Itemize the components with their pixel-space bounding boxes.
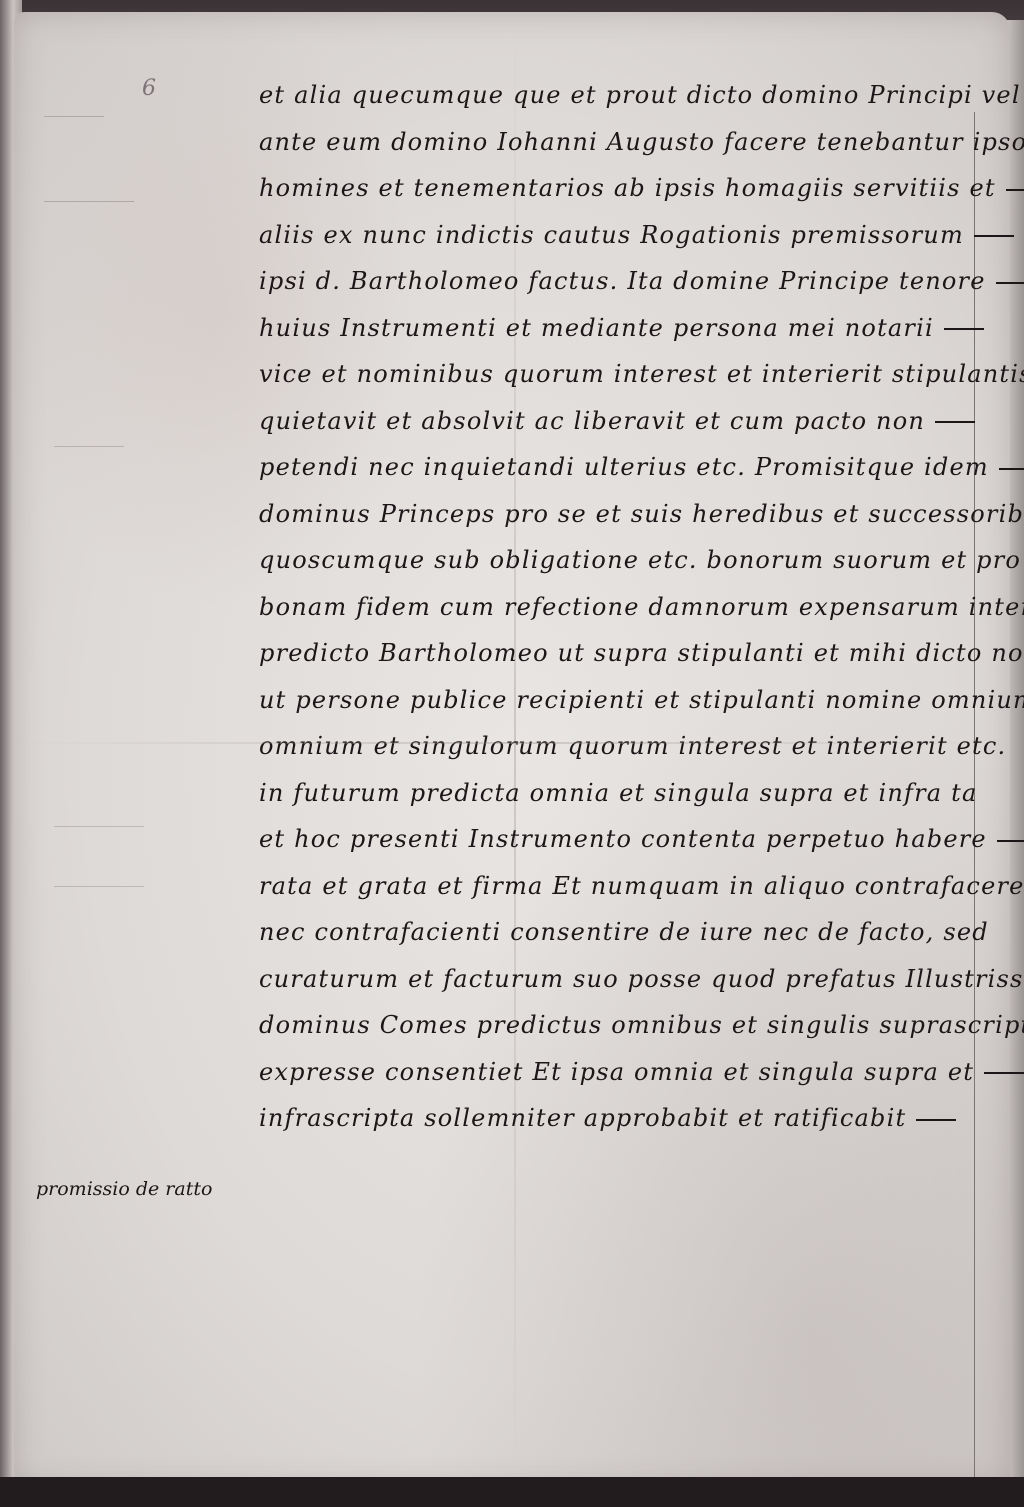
line-text: bonam fidem cum refectione damnorum expe… <box>259 593 1024 621</box>
line-text: nec contrafacienti consentire de iure ne… <box>259 918 989 946</box>
line-filler-stroke <box>935 421 975 423</box>
margin-annotation: promissio de ratto <box>36 1178 212 1200</box>
text-line: dominus Princeps pro se et suis heredibu… <box>259 491 979 538</box>
line-text: dominus Princeps pro se et suis heredibu… <box>259 500 1024 528</box>
text-line: vice et nominibus quorum interest et int… <box>259 351 979 398</box>
line-text: aliis ex nunc indictis cautus Rogationis… <box>259 221 964 249</box>
text-line: et hoc presenti Instrumento contenta per… <box>259 816 979 863</box>
line-text: ipsi d. Bartholomeo factus. Ita domine P… <box>259 267 986 295</box>
line-text: et alia quecumque que et prout dicto dom… <box>259 81 1021 109</box>
bleed-through-mark <box>54 872 144 887</box>
line-text: vice et nominibus quorum interest et int… <box>259 360 1024 388</box>
line-text: ante eum domino Iohanni Augusto facere t… <box>259 128 1024 156</box>
line-text: quietavit et absolvit ac liberavit et cu… <box>259 407 925 435</box>
line-text: petendi nec inquietandi ulterius etc. Pr… <box>259 453 989 481</box>
text-line: aliis ex nunc indictis cautus Rogationis… <box>259 212 979 259</box>
line-filler-stroke <box>997 840 1024 842</box>
line-filler-stroke <box>1006 189 1024 191</box>
text-line: dominus Comes predictus omnibus et singu… <box>259 1002 979 1049</box>
manuscript-page: 6 et alia quecumque que et prout dicto d… <box>14 12 1010 1487</box>
line-text: curaturum et facturum suo posse quod pre… <box>259 965 1024 993</box>
line-text: homines et tenementarios ab ipsis homagi… <box>259 174 996 202</box>
text-line: omnium et singulorum quorum interest et … <box>259 723 979 770</box>
text-line: infrascripta sollemniter approbabit et r… <box>259 1095 979 1142</box>
text-line: petendi nec inquietandi ulterius etc. Pr… <box>259 444 979 491</box>
line-text: ut persone publice recipienti et stipula… <box>259 686 1024 714</box>
line-filler-stroke <box>944 328 984 330</box>
text-line: ut persone publice recipienti et stipula… <box>259 677 979 724</box>
main-text-block: et alia quecumque que et prout dicto dom… <box>259 72 979 1142</box>
text-line: nec contrafacienti consentire de iure ne… <box>259 909 979 956</box>
text-line: curaturum et facturum suo posse quod pre… <box>259 956 979 1003</box>
text-line: quoscumque sub obligatione etc. bonorum … <box>259 537 979 584</box>
text-line: predicto Bartholomeo ut supra stipulanti… <box>259 630 979 677</box>
text-line: rata et grata et firma Et numquam in ali… <box>259 863 979 910</box>
text-line: quietavit et absolvit ac liberavit et cu… <box>259 398 979 445</box>
text-line: in futurum predicta omnia et singula sup… <box>259 770 979 817</box>
line-filler-stroke <box>984 1072 1024 1074</box>
line-filler-stroke <box>996 282 1024 284</box>
line-filler-stroke <box>999 468 1024 470</box>
line-text: expresse consentiet Et ipsa omnia et sin… <box>259 1058 974 1086</box>
bleed-through-mark <box>44 187 134 202</box>
text-line: bonam fidem cum refectione damnorum expe… <box>259 584 979 631</box>
bleed-through-mark <box>54 432 124 447</box>
text-line: ante eum domino Iohanni Augusto facere t… <box>259 119 979 166</box>
text-line: homines et tenementarios ab ipsis homagi… <box>259 165 979 212</box>
line-text: dominus Comes predictus omnibus et singu… <box>259 1011 1024 1039</box>
folio-number: 6 <box>142 76 156 101</box>
line-filler-stroke <box>916 1119 956 1121</box>
text-line: expresse consentiet Et ipsa omnia et sin… <box>259 1049 979 1096</box>
scan-bottom-shadow <box>0 1477 1024 1507</box>
bleed-through-mark <box>54 812 144 827</box>
line-text: et hoc presenti Instrumento contenta per… <box>259 825 987 853</box>
line-text: huius Instrumenti et mediante persona me… <box>259 314 934 342</box>
line-text: omnium et singulorum quorum interest et … <box>259 732 1006 760</box>
text-line: ipsi d. Bartholomeo factus. Ita domine P… <box>259 258 979 305</box>
line-text: infrascripta sollemniter approbabit et r… <box>259 1104 906 1132</box>
scan-background: 6 et alia quecumque que et prout dicto d… <box>0 0 1024 1507</box>
line-text: quoscumque sub obligatione etc. bonorum … <box>259 546 1024 574</box>
line-text: predicto Bartholomeo ut supra stipulanti… <box>259 639 1024 667</box>
text-line: et alia quecumque que et prout dicto dom… <box>259 72 979 119</box>
line-text: in futurum predicta omnia et singula sup… <box>259 779 977 807</box>
line-text: rata et grata et firma Et numquam in ali… <box>259 872 1024 900</box>
line-filler-stroke <box>974 235 1014 237</box>
bleed-through-mark <box>44 102 104 117</box>
text-line: huius Instrumenti et mediante persona me… <box>259 305 979 352</box>
